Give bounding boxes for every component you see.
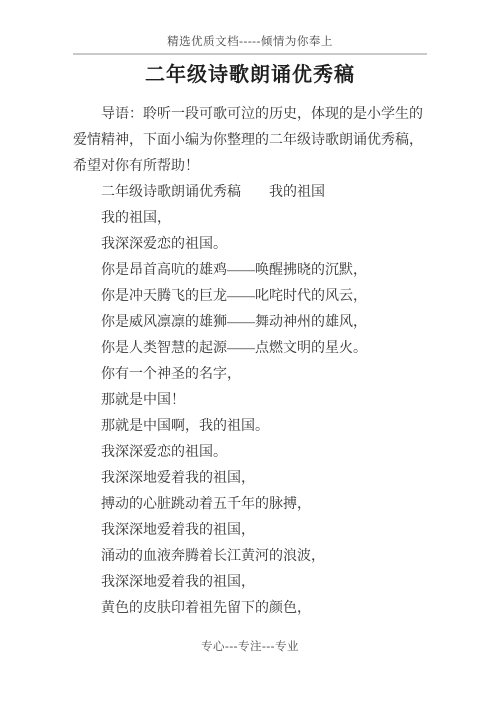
text-line: 黄色的皮肤印着祖先留下的颜色， (73, 596, 430, 622)
document-page: 精选优质文档-----倾情为你奉上 二年级诗歌朗诵优秀稿 导语：聆听一段可歌可泣… (0, 0, 500, 708)
document-title: 二年级诗歌朗诵优秀稿 (0, 62, 500, 88)
text-line: 那就是中国啊，我的祖国。 (73, 414, 430, 440)
text-line: 我深深地爱着我的祖国， (73, 466, 430, 492)
text-line: 爱情精神，下面小编为你整理的二年级诗歌朗诵优秀稿， (73, 128, 430, 154)
header-divider (73, 53, 427, 55)
text-line: 希望对你有所帮助！ (73, 154, 430, 180)
text-line: 搏动的心脏跳动着五千年的脉搏， (73, 492, 430, 518)
text-line: 二年级诗歌朗诵优秀稿 我的祖国 (73, 180, 430, 206)
document-body: 导语：聆听一段可歌可泣的历史，体现的是小学生的爱情精神，下面小编为你整理的二年级… (73, 102, 430, 622)
footer-slogan: 专心---专注---专业 (0, 638, 500, 654)
text-line: 你是冲天腾飞的巨龙——叱咤时代的风云， (73, 284, 430, 310)
text-line: 涌动的血液奔腾着长江黄河的浪波， (73, 544, 430, 570)
header-slogan: 精选优质文档-----倾情为你奉上 (73, 0, 427, 49)
text-line: 我深深地爱着我的祖国， (73, 518, 430, 544)
text-line: 你是威风凛凛的雄狮——舞动神州的雄风， (73, 310, 430, 336)
text-line: 我深深地爱着我的祖国， (73, 570, 430, 596)
text-line: 那就是中国！ (73, 388, 430, 414)
text-line: 你是人类智慧的起源——点燃文明的星火。 (73, 336, 430, 362)
text-line: 我深深爱恋的祖国。 (73, 232, 430, 258)
text-line: 我的祖国， (73, 206, 430, 232)
text-line: 你有一个神圣的名字， (73, 362, 430, 388)
text-line: 导语：聆听一段可歌可泣的历史，体现的是小学生的 (73, 102, 430, 128)
text-line: 我深深爱恋的祖国。 (73, 440, 430, 466)
text-line: 你是昂首高吭的雄鸡——唤醒拂晓的沉默， (73, 258, 430, 284)
